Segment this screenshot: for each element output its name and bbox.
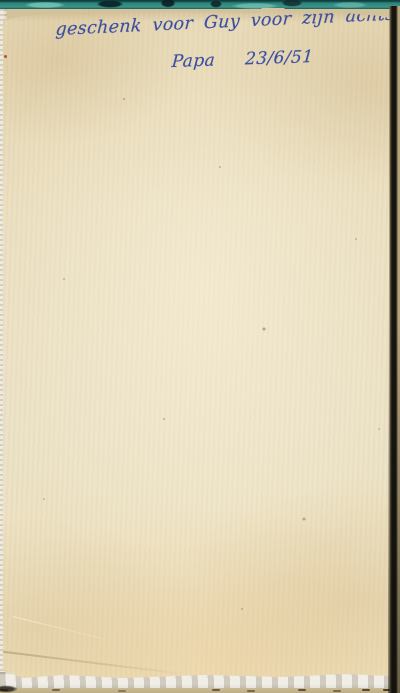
bottom-tan-strip — [0, 688, 400, 693]
handwritten-date: 23/6/51 — [244, 47, 314, 69]
book-cover-edge — [0, 0, 400, 9]
book-photo: geschenk voor Guy voor zijn achtste verj… — [0, 0, 400, 693]
handwritten-signature: Papa — [171, 50, 216, 72]
paper-crease-highlight — [13, 616, 130, 646]
handwritten-signature-line: Papa23/6/51 — [171, 47, 314, 72]
foxing-specks — [123, 98, 125, 100]
handwritten-dedication: geschenk voor Guy voor zijn achtste verj… — [55, 8, 392, 40]
corner-smudge — [0, 684, 26, 693]
red-speck — [4, 55, 7, 58]
flyleaf-page: geschenk voor Guy voor zijn achtste verj… — [3, 8, 392, 680]
paper-crease — [3, 650, 186, 675]
book-gutter-shadow — [388, 6, 400, 693]
